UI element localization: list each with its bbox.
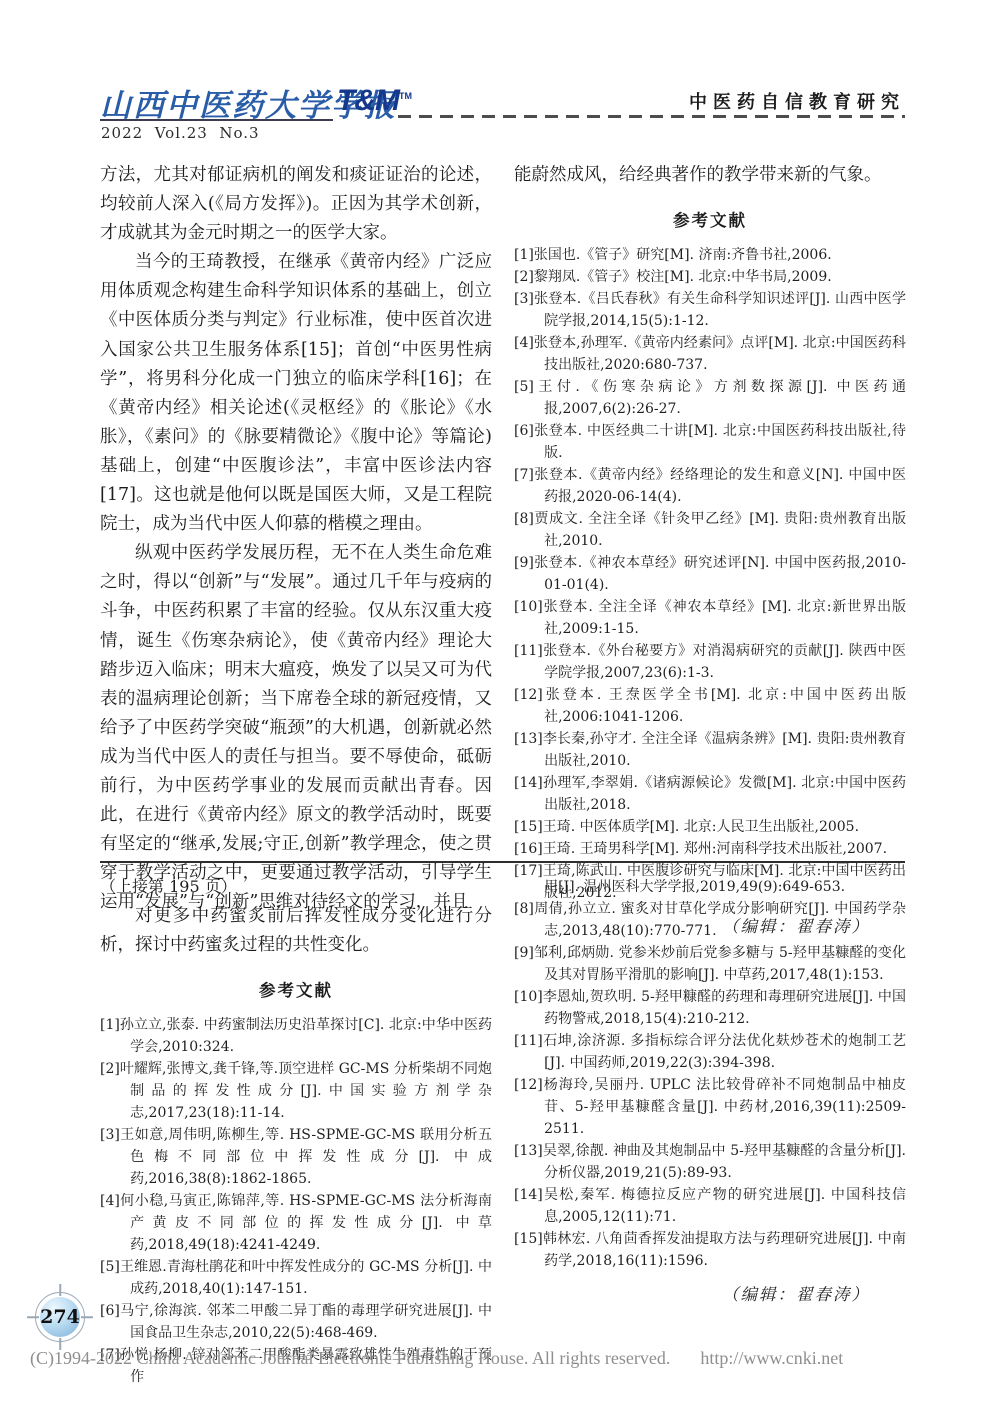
article1-reference-list: [1]张国也.《管子》研究[M]. 济南:齐鲁书社,2006.[2]黎翔凤.《管… xyxy=(514,244,906,904)
reference-item: [2]黎翔凤.《管子》校注[M]. 北京:中华书局,2009. xyxy=(514,266,906,288)
body-paragraph: 能蔚然成风，给经典著作的教学带来新的气象。 xyxy=(514,161,906,190)
title-underline xyxy=(100,119,333,121)
reference-item: [10]李恩灿,贺玖明. 5-羟甲糠醛的药理和毒理研究进展[J]. 中国药物警戒… xyxy=(514,986,906,1030)
reference-item: [9]邹利,邱炳勋. 党参米炒前后党参多糖与 5-羟甲基糠醛的变化及其对胃肠平滑… xyxy=(514,942,906,986)
copyright-text: (C)1994-2022 China Academic Journal Elec… xyxy=(30,1348,670,1368)
reference-item: [11]石坤,涂济源. 多指标综合评分法优化麸炒苍术的炮制工艺[J]. 中国药师… xyxy=(514,1030,906,1074)
reference-item: [4]张登本,孙理军.《黄帝内经素问》点评[M]. 北京:中国医药科技出版社,2… xyxy=(514,332,906,376)
article1-left-column: 方法，尤其对郁证病机的阐发和痰证证治的论述，均较前人深入(《局方发挥》)。正因为… xyxy=(100,161,492,917)
body-paragraph: 当今的王琦教授，在继承《黄帝内经》广泛应用体质观念构建生命科学知识体系的基础上，… xyxy=(100,248,492,539)
reference-item: [15]王琦. 中医体质学[M]. 北京:人民卫生出版社,2005. xyxy=(514,816,906,838)
tm-logo-text: T&M xyxy=(337,84,399,117)
reference-item: [3]张登本.《吕氏春秋》有关生命科学知识述评[J]. 山西中医学院学报,201… xyxy=(514,288,906,332)
reference-item: [13]李长秦,孙守才. 全注全译《温病条辨》[M]. 贵阳:贵州教育出版社,2… xyxy=(514,728,906,772)
reference-item: [1]孙立立,张泰. 中药蜜制法历史沿革探讨[C]. 北京:中华中医药学会,20… xyxy=(100,1014,492,1058)
reference-item: [8]贾成文. 全注全译《针灸甲乙经》[M]. 贵阳:贵州教育出版社,2010. xyxy=(514,508,906,552)
body-paragraph: 方法，尤其对郁证病机的阐发和痰证证治的论述，均较前人深入(《局方发挥》)。正因为… xyxy=(100,161,492,248)
reference-item: [7]张登本.《黄帝内经》经络理论的发生和意义[N]. 中国中医药报,2020-… xyxy=(514,464,906,508)
reference-item: [13]吴翠,徐靓. 神曲及其炮制品中 5-羟甲基糠醛的含量分析[J]. 分析仪… xyxy=(514,1140,906,1184)
reference-item: [12]杨海玲,吴丽丹. UPLC 法比较骨碎补不同炮制品中柚皮苷、5-羟甲基糠… xyxy=(514,1074,906,1140)
reference-item: [14]孙理军,李翠娟.《诸病源候论》发微[M]. 北京:中国中医药出版社,20… xyxy=(514,772,906,816)
references-heading: 参考文献 xyxy=(514,207,906,231)
issue-info: 2022 Vol.23 No.3 xyxy=(101,124,260,142)
article2-right-reference-list: [8]周倩,孙立立. 蜜炙对甘草化学成分影响研究[J]. 中国药学杂志,2013… xyxy=(514,898,906,1272)
body-paragraph: 对更多中药蜜炙前后挥发性成分变化进行分析，探讨中药蜜炙过程的共性变化。 xyxy=(100,902,492,960)
reference-item: [2]叶耀辉,张博文,龚千锋,等.顶空进样 GC-MS 分析柴胡不同炮制品的挥发… xyxy=(100,1058,492,1124)
tm-logo: T&MTM xyxy=(337,84,412,118)
copyright-line: (C)1994-2022 China Academic Journal Elec… xyxy=(30,1348,979,1369)
page-number-badge: 274 xyxy=(32,1289,88,1345)
reference-item: [3]王如意,周伟明,陈柳生,等. HS-SPME-GC-MS 联用分析五色梅不… xyxy=(100,1124,492,1190)
reference-item: [14]吴松,秦军. 梅德拉反应产物的研究进展[J]. 中国科技信息,2005,… xyxy=(514,1184,906,1228)
page-number: 274 xyxy=(40,1297,80,1337)
article-separator-rule xyxy=(100,861,905,863)
article2-right-column: 用[J]. 温州医科大学学报,2019,49(9):649-653. [8]周倩… xyxy=(514,876,906,1305)
reference-item: [9]张登本.《神农本草经》研究述评[N]. 中国中医药报,2010-01-01… xyxy=(514,552,906,596)
article1-right-column: 能蔚然成风，给经典著作的教学带来新的气象。 参考文献 [1]张国也.《管子》研究… xyxy=(514,161,906,937)
references-heading: 参考文献 xyxy=(100,977,492,1001)
trademark-icon: TM xyxy=(399,91,412,101)
reference-item: [6]马宁,徐海滨. 邻苯二甲酸二异丁酯的毒理学研究进展[J]. 中国食品卫生杂… xyxy=(100,1300,492,1344)
article2-left-column: （上接第 195 页） 对更多中药蜜炙前后挥发性成分变化进行分析，探讨中药蜜炙过… xyxy=(100,874,492,1388)
header-dashed-rule xyxy=(398,115,905,118)
reference-continuation: 用[J]. 温州医科大学学报,2019,49(9):649-653. xyxy=(514,876,906,898)
reference-item: [1]张国也.《管子》研究[M]. 济南:齐鲁书社,2006. xyxy=(514,244,906,266)
reference-item: [5]王维恩.青海杜鹃花和叶中挥发性成分的 GC-MS 分析[J]. 中成药,2… xyxy=(100,1256,492,1300)
reference-item: [5]王付.《伤寒杂病论》方剂数探源[J]. 中医药通报,2007,6(2):2… xyxy=(514,376,906,420)
reference-item: [4]何小稳,马寅正,陈锦萍,等. HS-SPME-GC-MS 法分析海南产黄皮… xyxy=(100,1190,492,1256)
reference-item: [12]张登本. 王焘医学全书[M]. 北京:中国中医药出版社,2006:104… xyxy=(514,684,906,728)
reference-item: [15]韩林宏. 八角茴香挥发油提取方法与药理研究进展[J]. 中南药学,201… xyxy=(514,1228,906,1272)
column-section-title: 中医药自信教育研究 xyxy=(689,88,905,114)
cnki-url: http://www.cnki.net xyxy=(700,1348,843,1368)
article2-left-reference-list: [1]孙立立,张泰. 中药蜜制法历史沿革探讨[C]. 北京:中华中医药学会,20… xyxy=(100,1014,492,1388)
journal-page: 山西中医药大学学报 T&MTM 2022 Vol.23 No.3 中医药自信教育… xyxy=(0,0,999,1401)
continued-from-note: （上接第 195 页） xyxy=(100,874,492,900)
editor-credit: （编辑：翟春涛） xyxy=(514,1281,906,1305)
reference-item: [16]王琦. 王琦男科学[M]. 郑州:河南科学技术出版社,2007. xyxy=(514,838,906,860)
reference-item: [8]周倩,孙立立. 蜜炙对甘草化学成分影响研究[J]. 中国药学杂志,2013… xyxy=(514,898,906,942)
reference-item: [6]张登本. 中医经典二十讲[M]. 北京:中国医药科技出版社,待版. xyxy=(514,420,906,464)
reference-item: [10]张登本. 全注全译《神农本草经》[M]. 北京:新世界出版社,2009:… xyxy=(514,596,906,640)
reference-item: [11]张登本.《外台秘要方》对消渴病研究的贡献[J]. 陕西中医学院学报,20… xyxy=(514,640,906,684)
